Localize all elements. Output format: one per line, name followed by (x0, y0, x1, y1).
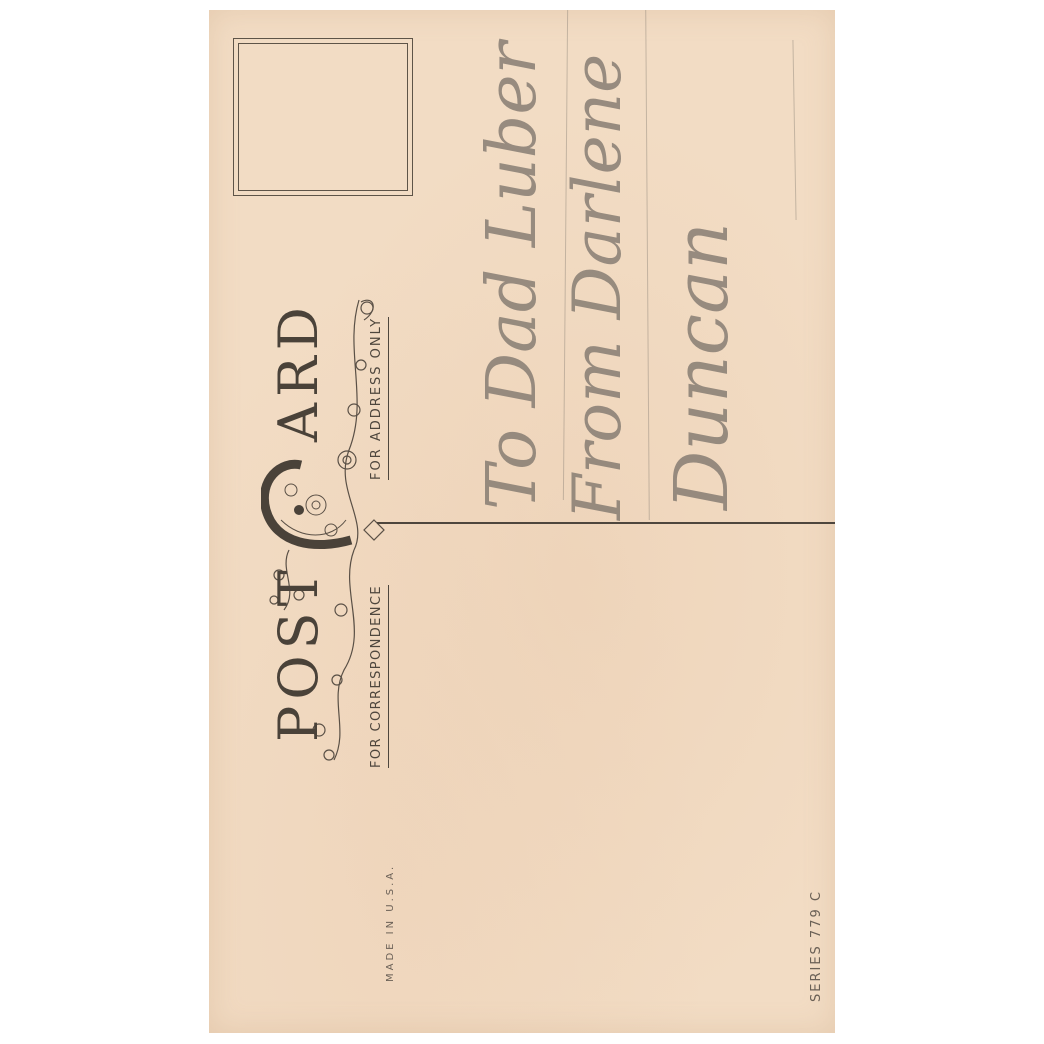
address-divider-line (377, 522, 835, 524)
title-post: POST (267, 564, 330, 742)
postcard-back: POST ARD FOR ADDRESS ONLY FOR CORRESPOND… (209, 10, 835, 1033)
handwritten-sender: From Darlene (559, 54, 636, 520)
stamp-box (233, 38, 413, 196)
ornate-c-initial (261, 450, 361, 560)
handwritten-surname: Duncan (659, 222, 745, 510)
handwritten-recipient: To Dad Luber (473, 42, 552, 510)
correspondence-label: FOR CORRESPONDENCE (369, 585, 389, 768)
series-label: SERIES 779 C (809, 890, 824, 1002)
pencil-guide-line (792, 40, 796, 220)
made-in-label: MADE IN U.S.A. (385, 864, 396, 982)
title-card-rest: ARD (267, 301, 330, 442)
address-label: FOR ADDRESS ONLY (369, 317, 389, 480)
pencil-guide-line (645, 10, 650, 520)
